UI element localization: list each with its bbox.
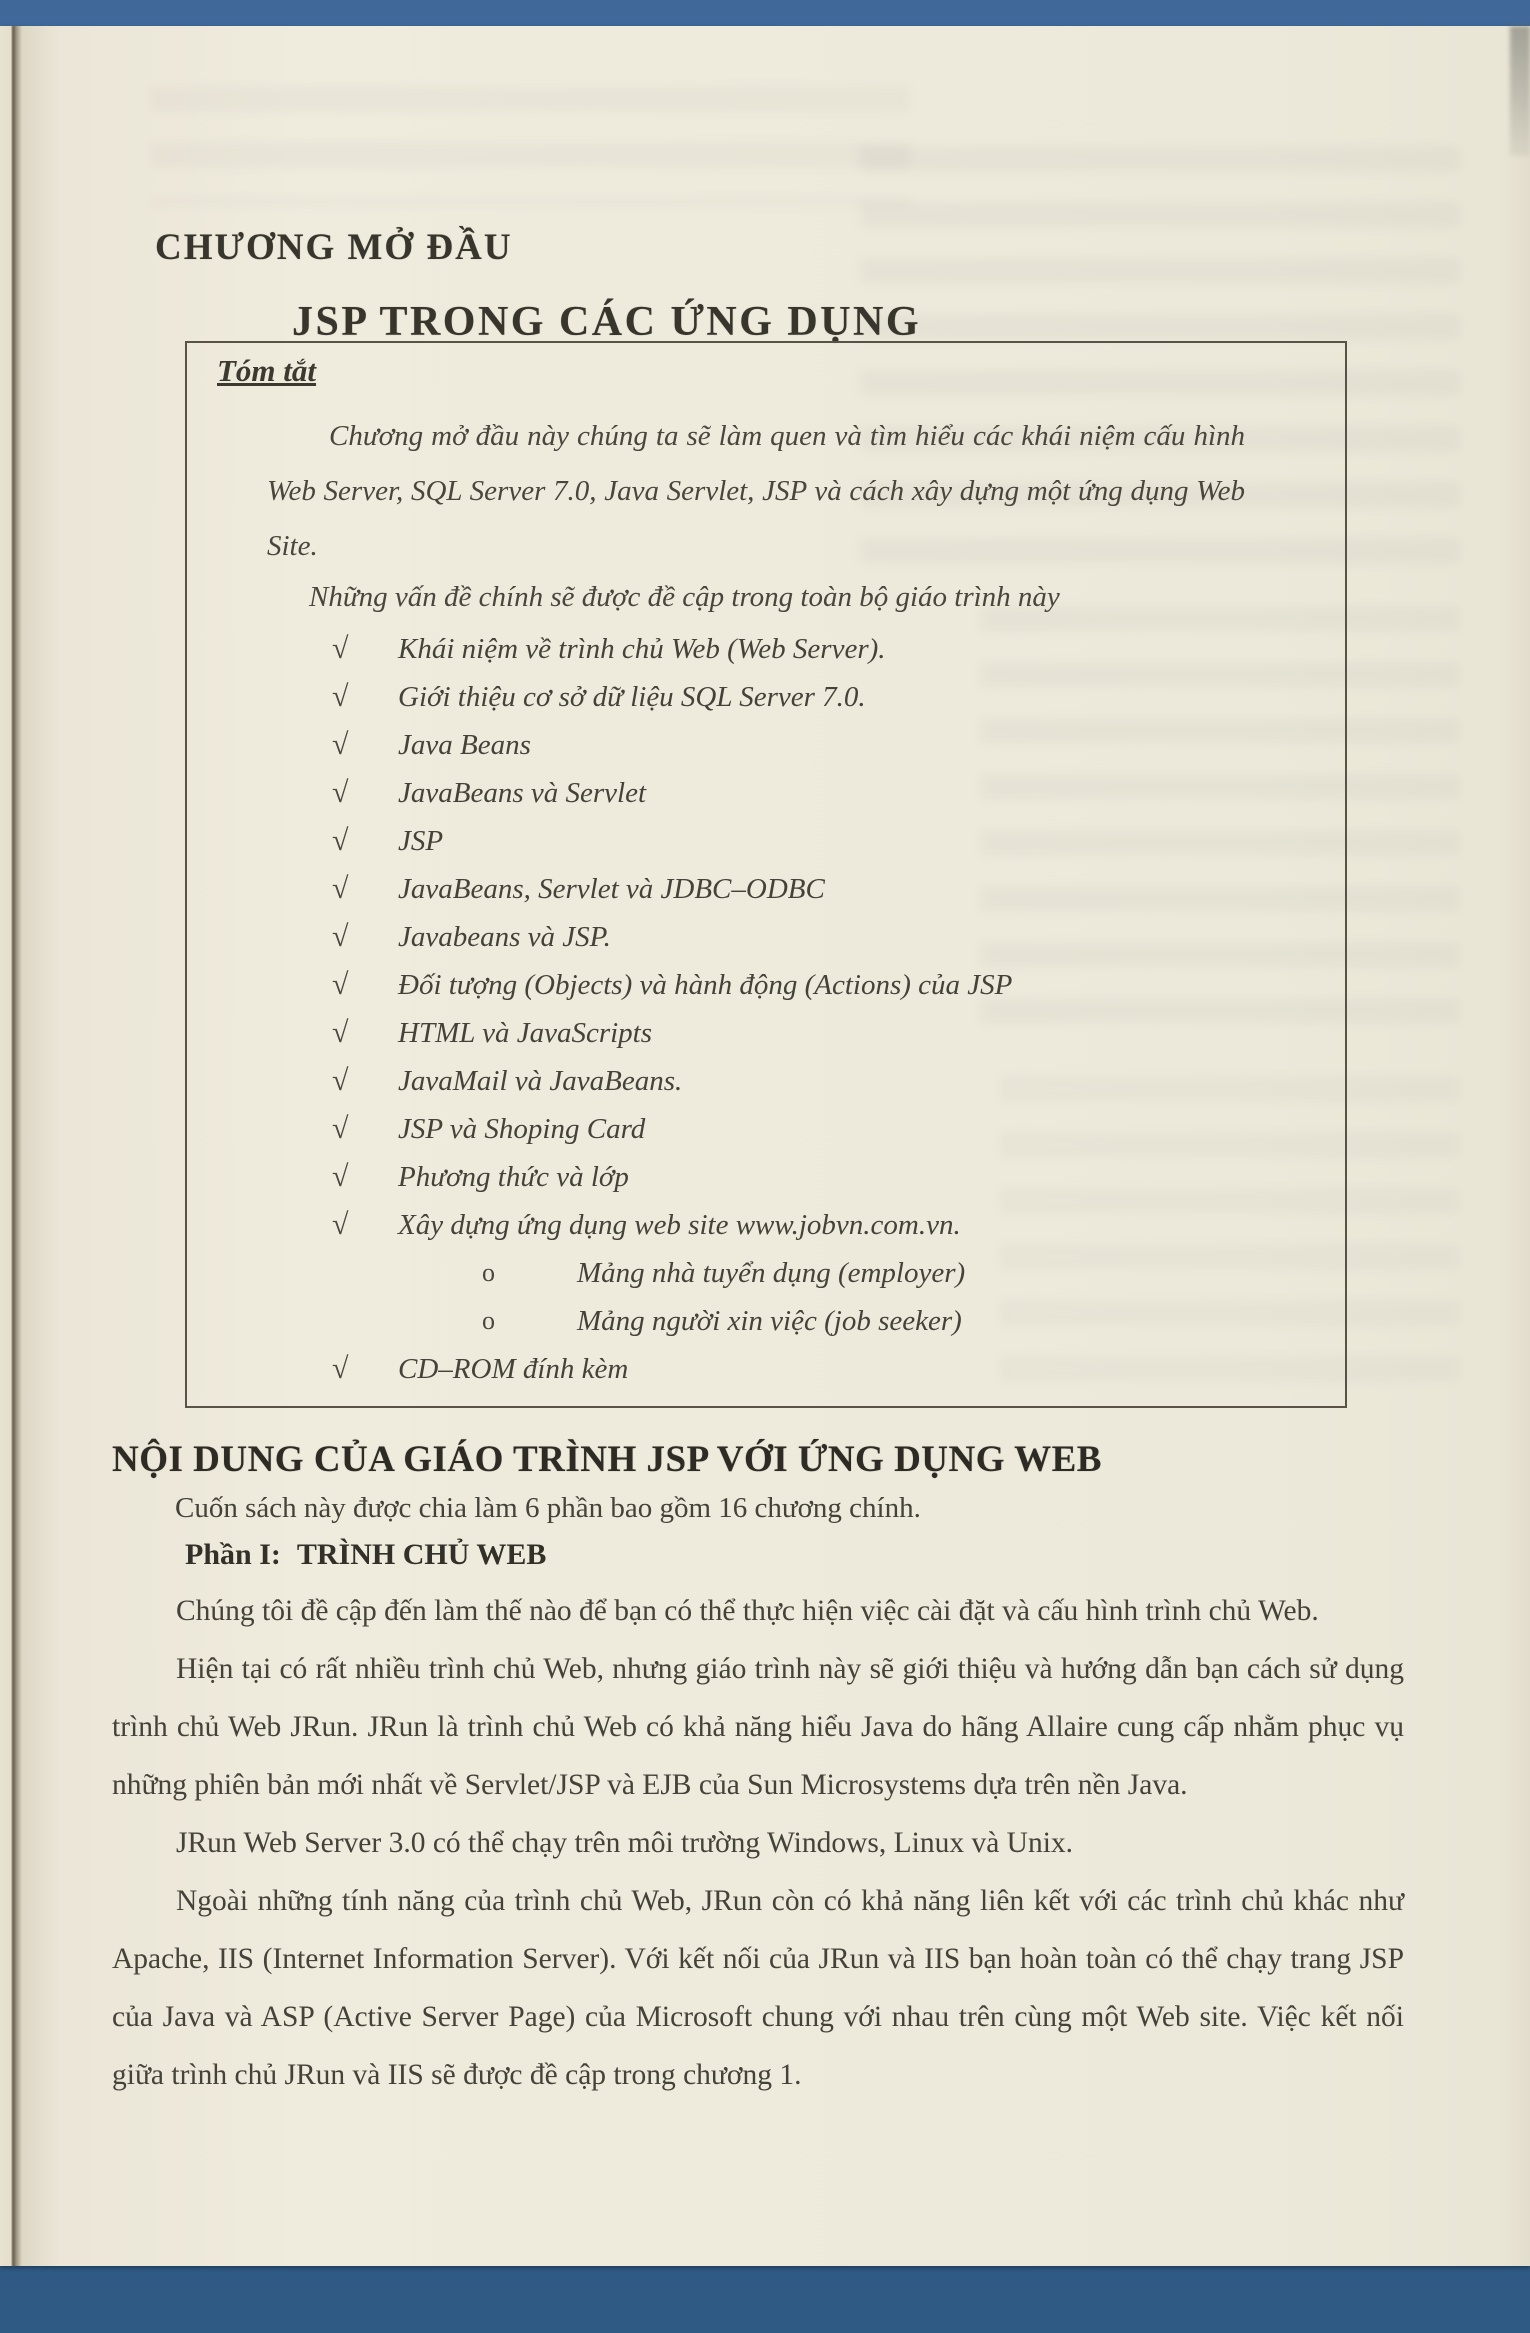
checklist-item-label: HTML và JavaScripts — [398, 1017, 652, 1049]
checklist-item: √JSP và Shoping Card — [332, 1105, 1309, 1153]
checklist-item: √Java Beans — [332, 721, 1309, 769]
check-icon: √ — [332, 961, 348, 1009]
summary-box: Tóm tắt Chương mở đầu này chúng ta sẽ là… — [185, 341, 1347, 1408]
paragraph: Chúng tôi đề cập đến làm thế nào để bạn … — [112, 1582, 1404, 1640]
section-heading: NỘI DUNG CỦA GIÁO TRÌNH JSP VỚI ỨNG DỤNG… — [112, 1438, 1372, 1481]
paragraph: Hiện tại có rất nhiều trình chủ Web, như… — [112, 1640, 1404, 1814]
checklist-item: √Đối tượng (Objects) và hành động (Actio… — [332, 961, 1309, 1009]
checklist-sub-item-label: Mảng người xin việc (job seeker) — [577, 1305, 962, 1337]
check-icon: √ — [332, 769, 348, 817]
book-structure-line: Cuốn sách này được chia làm 6 phần bao g… — [175, 1492, 921, 1525]
check-icon: √ — [332, 913, 348, 961]
page-crease — [12, 26, 15, 2266]
checklist-sub-item-label: Mảng nhà tuyển dụng (employer) — [577, 1257, 965, 1289]
checklist-item: √Phương thức và lớp — [332, 1153, 1309, 1201]
page-corner-shadow — [1510, 26, 1530, 156]
checklist-item-label: JavaMail và JavaBeans. — [398, 1065, 682, 1097]
checklist-item: √HTML và JavaScripts — [332, 1009, 1309, 1057]
checklist-item-label: JSP — [398, 825, 443, 857]
check-icon: √ — [332, 1345, 348, 1393]
checklist-item: √Javabeans và JSP. — [332, 913, 1309, 961]
chapter-kicker: CHƯƠNG MỞ ĐẦU — [155, 226, 513, 269]
summary-checklist: √Khái niệm về trình chủ Web (Web Server)… — [332, 625, 1309, 1393]
body-text-column: Chúng tôi đề cập đến làm thế nào để bạn … — [112, 1582, 1404, 2104]
part-label: Phần I: — [185, 1538, 281, 1571]
checklist-item-label: CD–ROM đính kèm — [398, 1353, 628, 1385]
chapter-title: JSP TRONG CÁC ỨNG DỤNG — [292, 298, 921, 346]
checklist-item: √JavaMail và JavaBeans. — [332, 1057, 1309, 1105]
part-heading: Phần I:TRÌNH CHỦ WEB — [185, 1538, 546, 1572]
checklist-item-label: Phương thức và lớp — [398, 1161, 629, 1193]
check-icon: √ — [332, 1009, 348, 1057]
summary-heading: Tóm tắt — [217, 353, 316, 389]
checklist-item-label: JavaBeans và Servlet — [398, 777, 646, 809]
check-icon: √ — [332, 673, 348, 721]
check-icon: √ — [332, 817, 348, 865]
check-icon: √ — [332, 865, 348, 913]
summary-intro: Chương mở đầu này chúng ta sẽ làm quen v… — [267, 409, 1245, 574]
check-icon: √ — [332, 1153, 348, 1201]
checklist-sub-item: oMảng nhà tuyển dụng (employer) — [332, 1249, 1309, 1297]
checklist-item-label: Giới thiệu cơ sở dữ liệu SQL Server 7.0. — [398, 681, 866, 713]
checklist-item-label: Java Beans — [398, 729, 531, 761]
paragraph: JRun Web Server 3.0 có thể chạy trên môi… — [112, 1814, 1404, 1872]
checklist-item-label: Javabeans và JSP. — [398, 921, 611, 953]
part-title: TRÌNH CHỦ WEB — [297, 1538, 547, 1571]
checklist-item: √JavaBeans, Servlet và JDBC–ODBC — [332, 865, 1309, 913]
checklist-item-label: JSP và Shoping Card — [398, 1113, 645, 1145]
checklist-item: √Giới thiệu cơ sở dữ liệu SQL Server 7.0… — [332, 673, 1309, 721]
check-icon: √ — [332, 1057, 348, 1105]
bleed-through-ghost — [150, 86, 910, 206]
circle-bullet-icon: o — [482, 1297, 495, 1345]
checklist-item: √Xây dựng ứng dụng web site www.jobvn.co… — [332, 1201, 1309, 1249]
summary-lead: Những vấn đề chính sẽ được đề cập trong … — [309, 581, 1060, 614]
checklist-item-label: JavaBeans, Servlet và JDBC–ODBC — [398, 873, 825, 905]
checklist-item-label: Xây dựng ứng dụng web site www.jobvn.com… — [398, 1209, 961, 1241]
circle-bullet-icon: o — [482, 1249, 495, 1297]
check-icon: √ — [332, 721, 348, 769]
book-page: CHƯƠNG MỞ ĐẦU JSP TRONG CÁC ỨNG DỤNG Tóm… — [0, 26, 1530, 2266]
checklist-item: √JSP — [332, 817, 1309, 865]
checklist-item-label: Khái niệm về trình chủ Web (Web Server). — [398, 633, 886, 665]
check-icon: √ — [332, 625, 348, 673]
check-icon: √ — [332, 1105, 348, 1153]
checklist-item: √Khái niệm về trình chủ Web (Web Server)… — [332, 625, 1309, 673]
checklist-item: √CD–ROM đính kèm — [332, 1345, 1309, 1393]
scanned-book-photo: { "document": { "chapter_kicker": "CHƯƠN… — [0, 0, 1530, 2333]
paragraph: Ngoài những tính năng của trình chủ Web,… — [112, 1872, 1404, 2104]
check-icon: √ — [332, 1201, 348, 1249]
checklist-item-label: Đối tượng (Objects) và hành động (Action… — [398, 969, 1012, 1001]
checklist-sub-item: oMảng người xin việc (job seeker) — [332, 1297, 1309, 1345]
checklist-item: √JavaBeans và Servlet — [332, 769, 1309, 817]
